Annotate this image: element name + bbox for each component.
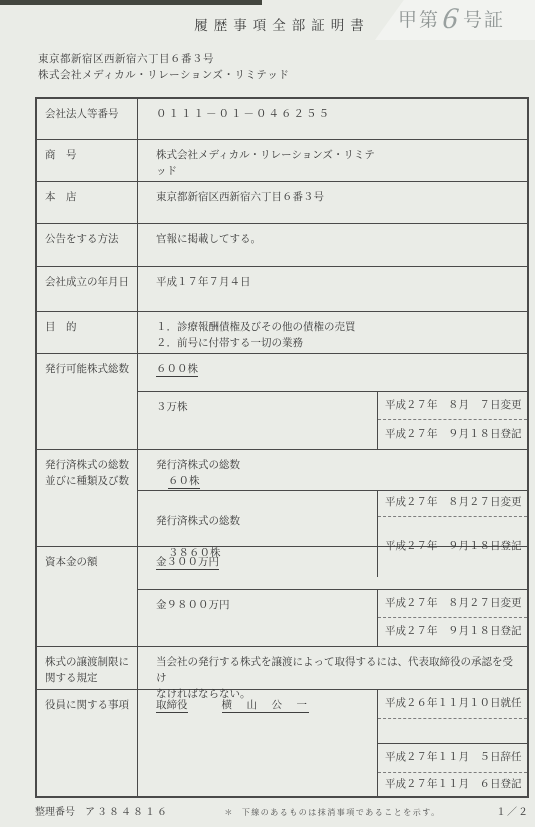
issued-shares-caption: 発行済株式の総数 bbox=[156, 514, 369, 530]
row-label: 本 店 bbox=[37, 182, 138, 223]
officer-line: 取締役横 山 公 一 bbox=[138, 690, 377, 714]
stamp-number: 6 bbox=[441, 4, 462, 34]
date-cell: 平成２７年 ８月 ７日変更 平成２７年 ９月１８日登記 bbox=[377, 392, 527, 449]
share-transfer-value: 当会社の発行する株式を譲渡によって取得するには、代表取締役の承認を受け なければ… bbox=[138, 647, 527, 689]
row-capital: 資本金の額 金３００万円 金９８００万円 平成２７年 ８月２７日変更 平成２７年… bbox=[37, 547, 527, 647]
strikeout-note: ＊下線のあるものは抹消事項であることを示す。 bbox=[224, 807, 440, 818]
reference-label: 整理番号 bbox=[35, 807, 75, 818]
issued-shares-values: 発行済株式の総数 ６０株 発行済株式の総数 ３８６０株 平成２７年 ８月２７日変… bbox=[138, 450, 527, 546]
row-label: 公告をする方法 bbox=[37, 224, 138, 266]
scan-edge-artifact bbox=[0, 0, 262, 5]
company-name: 株式会社メディカル・リレーションズ・リミテッド bbox=[38, 68, 289, 84]
change-date: 平成２７年 ８月 ７日変更 bbox=[378, 392, 527, 420]
row-head-office: 本 店 東京都新宿区西新宿六丁目６番３号 bbox=[37, 182, 527, 224]
officer-name: 横 山 公 一 bbox=[222, 700, 310, 713]
certificate-page: 履歴事項全部証明書 甲第6号証 東京都新宿区西新宿六丁目６番３号 株式会社メディ… bbox=[0, 0, 535, 827]
row-label: 会社法人等番号 bbox=[37, 99, 138, 139]
row-issued-shares: 発行済株式の総数 並びに種類及び数 発行済株式の総数 ６０株 発行済株式の総数 … bbox=[37, 450, 527, 547]
appointed-date: 平成２６年１１月１０日就任 bbox=[378, 690, 527, 719]
row-label: 会社成立の年月日 bbox=[37, 267, 138, 311]
company-address-block: 東京都新宿区西新宿六丁目６番３号 株式会社メディカル・リレーションズ・リミテッド bbox=[38, 52, 289, 85]
struck-value: ６００株 bbox=[156, 364, 198, 377]
footer: 整理番号ア３８４８１６ ＊下線のあるものは抹消事項であることを示す。 １／２ bbox=[35, 803, 529, 818]
change-date: 平成２７年 ８月２７日変更 bbox=[378, 491, 527, 517]
current-value: 金９８００万円 bbox=[138, 590, 377, 646]
capital-values: 金３００万円 金９８００万円 平成２７年 ８月２７日変更 平成２７年 ９月１８日… bbox=[138, 547, 527, 646]
trade-name-value: 株式会社メディカル・リレーションズ・リミテ ッド bbox=[138, 140, 527, 181]
reference-value: ア３８４８１６ bbox=[85, 807, 169, 818]
empty-date-slot bbox=[378, 719, 527, 744]
note-text: 下線のあるものは抹消事項であることを示す。 bbox=[242, 808, 441, 817]
row-label: 発行済株式の総数 並びに種類及び数 bbox=[37, 450, 138, 546]
asterisk: ＊ bbox=[224, 808, 234, 817]
officer-position: 取締役 bbox=[156, 700, 188, 713]
row-corporate-number: 会社法人等番号 ０１１１－０１－０４６２５５ bbox=[37, 99, 527, 140]
struck-value: ６０株 bbox=[168, 476, 200, 489]
stamp-suffix: 号証 bbox=[463, 10, 505, 31]
registry-table: 会社法人等番号 ０１１１－０１－０４６２５５ 商 号 株式会社メディカル・リレー… bbox=[35, 97, 529, 798]
exhibit-stamp: 甲第6号証 bbox=[398, 2, 535, 32]
officer-entry: 取締役横 山 公 一 bbox=[138, 690, 377, 796]
public-notice-value: 官報に掲載してする。 bbox=[138, 224, 527, 266]
date-cell: 平成２７年 ８月２７日変更 平成２７年 ９月１８日登記 bbox=[377, 590, 527, 646]
row-share-transfer: 株式の譲渡制限に 関する規定 当会社の発行する株式を譲渡によって取得するには、代… bbox=[37, 647, 527, 690]
row-trade-name: 商 号 株式会社メディカル・リレーションズ・リミテ ッド bbox=[37, 140, 527, 182]
page-number: １／２ bbox=[496, 803, 529, 818]
registration-date: 平成２７年１１月 ６日登記 bbox=[378, 773, 527, 796]
row-officers: 役員に関する事項 取締役横 山 公 一 平成２６年１１月１０日就任 平成２７年１… bbox=[37, 690, 527, 796]
row-authorized-shares: 発行可能株式総数 ６００株 ３万株 平成２７年 ８月 ７日変更 平成２７年 ９月… bbox=[37, 354, 527, 450]
issued-shares-old: 発行済株式の総数 ６０株 bbox=[138, 450, 527, 491]
row-label: 発行可能株式総数 bbox=[37, 354, 138, 449]
row-purpose: 目 的 １．診療報酬債権及びその他の債権の売買 ２．前号に付帯する一切の業務 bbox=[37, 312, 527, 354]
capital-current: 金９８００万円 平成２７年 ８月２７日変更 平成２７年 ９月１８日登記 bbox=[138, 590, 527, 646]
resigned-date: 平成２７年１１月 ５日辞任 bbox=[378, 744, 527, 773]
row-label: 資本金の額 bbox=[37, 547, 138, 646]
head-office-value: 東京都新宿区西新宿六丁目６番３号 bbox=[138, 182, 527, 223]
row-label: 商 号 bbox=[37, 140, 138, 181]
stamp-prefix: 甲第 bbox=[398, 10, 440, 31]
purpose-value: １．診療報酬債権及びその他の債権の売買 ２．前号に付帯する一切の業務 bbox=[138, 312, 527, 353]
authorized-shares-current: ３万株 平成２７年 ８月 ７日変更 平成２７年 ９月１８日登記 bbox=[138, 392, 527, 449]
issued-shares-caption: 発行済株式の総数 bbox=[156, 458, 519, 474]
registration-date: 平成２７年 ９月１８日登記 bbox=[378, 618, 527, 646]
corporate-number-value: ０１１１－０１－０４６２５５ bbox=[138, 99, 527, 139]
change-date: 平成２７年 ８月２７日変更 bbox=[378, 590, 527, 618]
row-label: 役員に関する事項 bbox=[37, 690, 138, 796]
row-label: 目 的 bbox=[37, 312, 138, 353]
reference-number: 整理番号ア３８４８１６ bbox=[35, 803, 169, 818]
incorporation-date-value: 平成１７年７月４日 bbox=[138, 267, 527, 311]
officer-date-cell: 平成２６年１１月１０日就任 平成２７年１１月 ５日辞任 平成２７年１１月 ６日登… bbox=[377, 690, 527, 796]
company-address: 東京都新宿区西新宿六丁目６番３号 bbox=[38, 52, 289, 68]
row-label: 株式の譲渡制限に 関する規定 bbox=[37, 647, 138, 689]
issued-shares-old-amount: ６０株 bbox=[168, 474, 519, 490]
authorized-shares-old: ６００株 bbox=[138, 354, 527, 392]
registration-date: 平成２７年 ９月１８日登記 bbox=[378, 420, 527, 449]
capital-old: 金３００万円 bbox=[138, 547, 527, 590]
current-value: ３万株 bbox=[138, 392, 377, 449]
authorized-shares-values: ６００株 ３万株 平成２７年 ８月 ７日変更 平成２７年 ９月１８日登記 bbox=[138, 354, 527, 449]
struck-value: 金３００万円 bbox=[156, 557, 219, 570]
row-public-notice: 公告をする方法 官報に掲載してする。 bbox=[37, 224, 527, 267]
row-incorporation-date: 会社成立の年月日 平成１７年７月４日 bbox=[37, 267, 527, 312]
